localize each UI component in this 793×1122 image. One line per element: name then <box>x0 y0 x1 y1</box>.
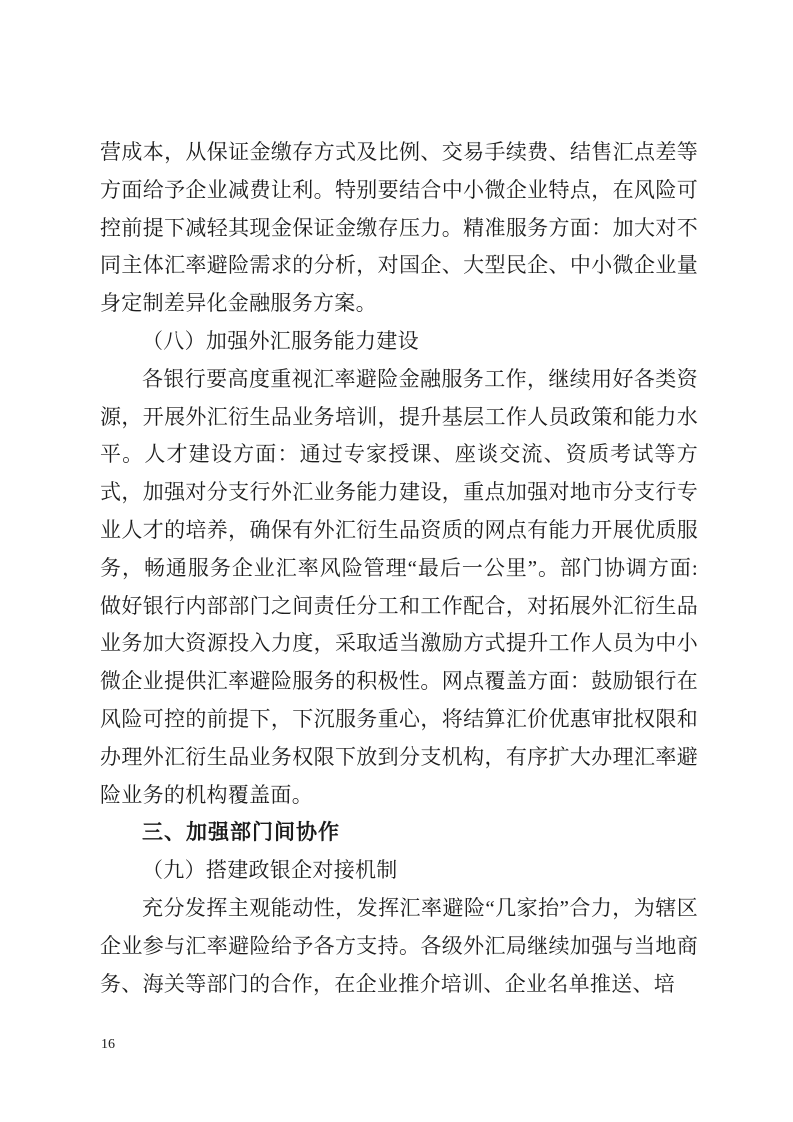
body-paragraph-continuation: 营成本，从保证金缴存方式及比例、交易手续费、结售汇点差等方面给予企业减费让利。特… <box>100 134 698 323</box>
section-heading-3: 三、加强部门间协作 <box>100 814 698 852</box>
subsection-title-9: （九）搭建政银企对接机制 <box>100 852 698 890</box>
body-paragraph: 充分发挥主观能动性，发挥汇率避险“几家抬”合力，为辖区企业参与汇率避险给予各方支… <box>100 890 698 1003</box>
page-number: 16 <box>101 1036 115 1054</box>
body-paragraph: 各银行要高度重视汇率避险金融服务工作，继续用好各类资源，开展外汇衍生品业务培训，… <box>100 361 698 815</box>
document-text-block: 营成本，从保证金缴存方式及比例、交易手续费、结售汇点差等方面给予企业减费让利。特… <box>100 134 698 1003</box>
subsection-title-8: （八）加强外汇服务能力建设 <box>100 323 698 361</box>
document-page: 营成本，从保证金缴存方式及比例、交易手续费、结售汇点差等方面给予企业减费让利。特… <box>0 0 793 1122</box>
